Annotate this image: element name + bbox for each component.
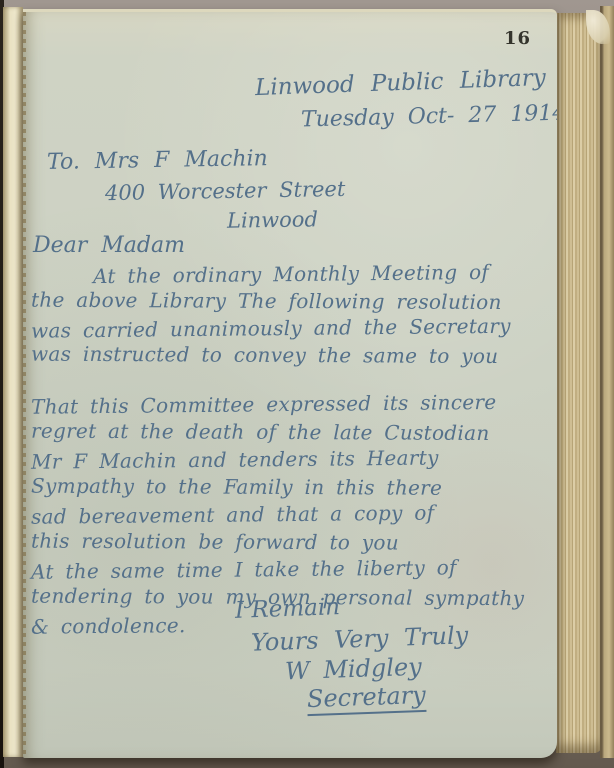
- letter-line: At the ordinary Monthly Meeting of: [31, 258, 555, 290]
- closing-i-remain: I Remain: [235, 594, 341, 624]
- letter-line: Mr F Machin and tenders its Hearty: [31, 443, 555, 476]
- recipient-name: To. Mrs F Machin: [47, 146, 268, 175]
- letter-line: regret at the death of the late Custodia…: [31, 417, 555, 447]
- handwritten-letter: Linwood Public Library Tuesday Oct- 27 1…: [23, 12, 557, 758]
- recipient-town: Linwood: [227, 207, 318, 233]
- previous-page-edge: [3, 7, 23, 757]
- letter-line: Sympathy to the Family in this there: [31, 472, 555, 502]
- recipient-street: 400 Worcester Street: [105, 177, 346, 205]
- book-page-edges: [556, 13, 602, 753]
- letter-line: That this Committee expressed its sincer…: [31, 388, 555, 421]
- letter-line: was instructed to convey the same to you: [31, 341, 555, 371]
- signature-name: W Midgley: [285, 653, 423, 686]
- ledger-page: 16 Linwood Public Library Tuesday Oct- 2…: [23, 9, 557, 758]
- letterhead-date: Tuesday Oct- 27 1914: [301, 101, 557, 133]
- letterhead-library-name: Linwood Public Library: [255, 65, 547, 101]
- letter-line: was carried unanimously and the Secretar…: [31, 312, 555, 344]
- letter-line: the above Library The following resoluti…: [31, 287, 555, 317]
- letter-line: this resolution be forward to you: [31, 527, 555, 557]
- scanned-ledger-photo: 16 Linwood Public Library Tuesday Oct- 2…: [0, 0, 614, 768]
- letter-line: At the same time I take the liberty of: [31, 553, 555, 586]
- salutation: Dear Madam: [33, 233, 185, 258]
- letter-line: sad bereavement and that a copy of: [31, 498, 555, 531]
- book-cover-edge: [600, 6, 614, 758]
- signature-title: Secretary: [306, 681, 426, 716]
- paragraph-resolution-intro: At the ordinary Monthly Meeting of the a…: [31, 261, 555, 369]
